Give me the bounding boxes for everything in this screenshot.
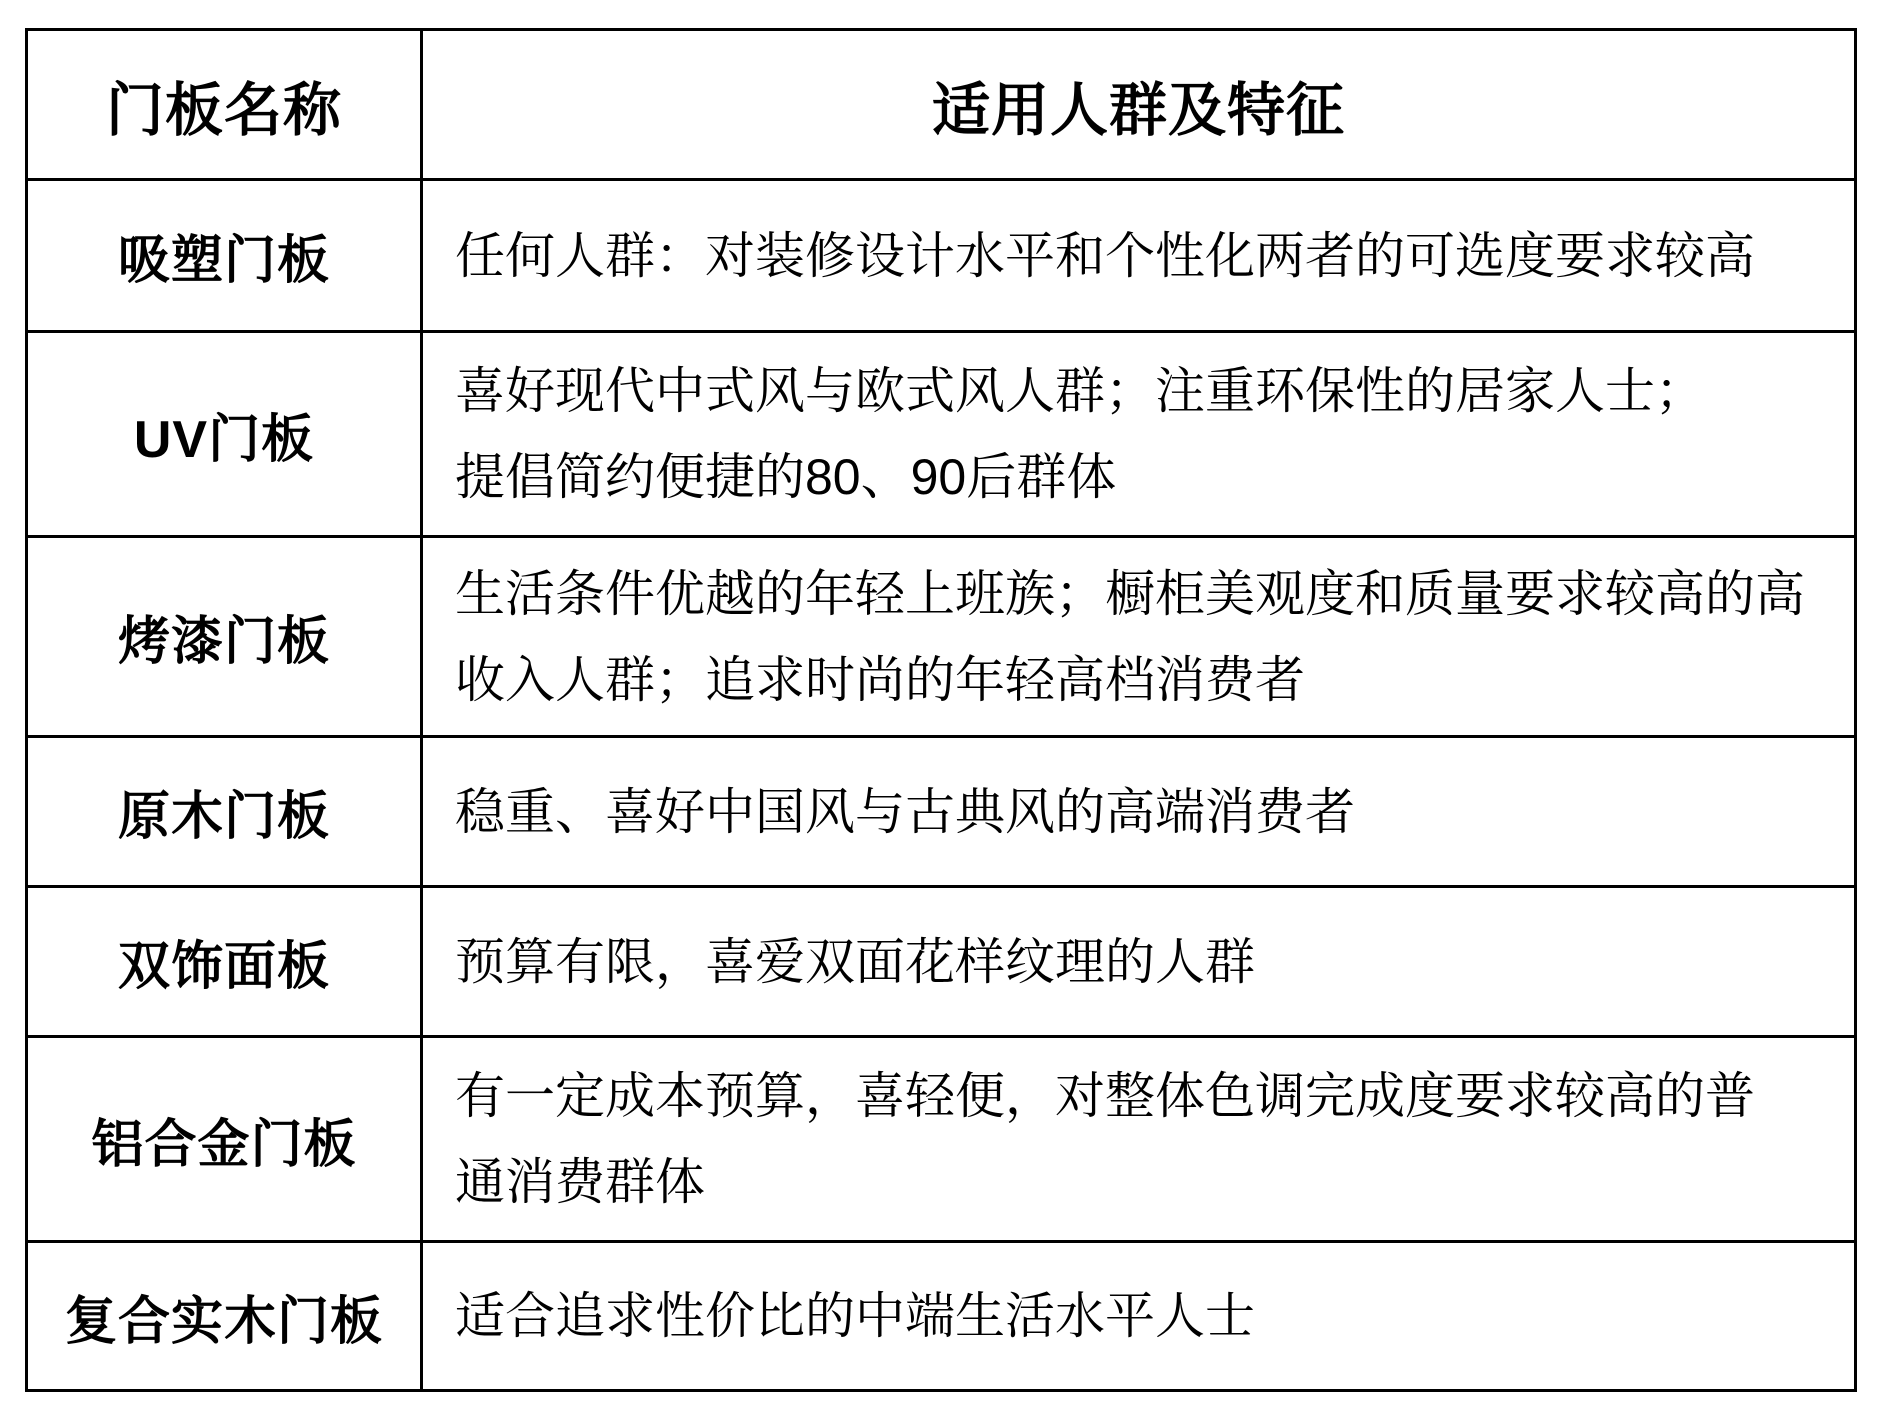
table-row: 原木门板 稳重、喜好中国风与古典风的高端消费者 [28, 738, 1854, 888]
panel-description-line: 预算有限，喜爱双面花样纹理的人群 [455, 919, 1255, 1005]
panel-name: 复合实木门板 [28, 1243, 423, 1389]
panel-description: 有一定成本预算，喜轻便，对整体色调完成度要求较高的普 通消费群体 [423, 1038, 1854, 1240]
panel-description-line: 生活条件优越的年轻上班族；橱柜美观度和质量要求较高的高 [455, 551, 1805, 637]
panel-description-line: 适合追求性价比的中端生活水平人士 [455, 1273, 1255, 1359]
table-row: 烤漆门板 生活条件优越的年轻上班族；橱柜美观度和质量要求较高的高 收入人群；追求… [28, 538, 1854, 738]
panel-name: 吸塑门板 [28, 181, 423, 330]
panel-description: 任何人群：对装修设计水平和个性化两者的可选度要求较高 [423, 181, 1854, 330]
table-row: 铝合金门板 有一定成本预算，喜轻便，对整体色调完成度要求较高的普 通消费群体 [28, 1038, 1854, 1243]
panel-description-line: 提倡简约便捷的80、90后群体 [455, 434, 1116, 520]
table-row: 吸塑门板 任何人群：对装修设计水平和个性化两者的可选度要求较高 [28, 181, 1854, 333]
panel-description-line: 稳重、喜好中国风与古典风的高端消费者 [455, 769, 1355, 855]
panel-description: 生活条件优越的年轻上班族；橱柜美观度和质量要求较高的高 收入人群；追求时尚的年轻… [423, 538, 1854, 735]
panel-description-line: 喜好现代中式风与欧式风人群；注重环保性的居家人士； [455, 348, 1705, 434]
panel-description-line: 有一定成本预算，喜轻便，对整体色调完成度要求较高的普 [455, 1053, 1755, 1139]
panel-name: 双饰面板 [28, 888, 423, 1035]
panel-name: 原木门板 [28, 738, 423, 885]
panel-name: UV门板 [28, 333, 423, 535]
panel-name: 铝合金门板 [28, 1038, 423, 1240]
header-audience-features: 适用人群及特征 [423, 31, 1854, 178]
table-row: 复合实木门板 适合追求性价比的中端生活水平人士 [28, 1243, 1854, 1389]
door-panel-table: 门板名称 适用人群及特征 吸塑门板 任何人群：对装修设计水平和个性化两者的可选度… [25, 28, 1857, 1392]
panel-description: 适合追求性价比的中端生活水平人士 [423, 1243, 1854, 1389]
panel-name: 烤漆门板 [28, 538, 423, 735]
table-header-row: 门板名称 适用人群及特征 [28, 31, 1854, 181]
panel-description-line: 通消费群体 [455, 1139, 705, 1225]
header-panel-name: 门板名称 [28, 31, 423, 178]
panel-description: 喜好现代中式风与欧式风人群；注重环保性的居家人士； 提倡简约便捷的80、90后群… [423, 333, 1854, 535]
panel-description-line: 收入人群；追求时尚的年轻高档消费者 [455, 637, 1305, 723]
panel-description: 预算有限，喜爱双面花样纹理的人群 [423, 888, 1854, 1035]
table-row: UV门板 喜好现代中式风与欧式风人群；注重环保性的居家人士； 提倡简约便捷的80… [28, 333, 1854, 538]
table-row: 双饰面板 预算有限，喜爱双面花样纹理的人群 [28, 888, 1854, 1038]
panel-description-line: 任何人群：对装修设计水平和个性化两者的可选度要求较高 [455, 213, 1755, 299]
panel-description: 稳重、喜好中国风与古典风的高端消费者 [423, 738, 1854, 885]
